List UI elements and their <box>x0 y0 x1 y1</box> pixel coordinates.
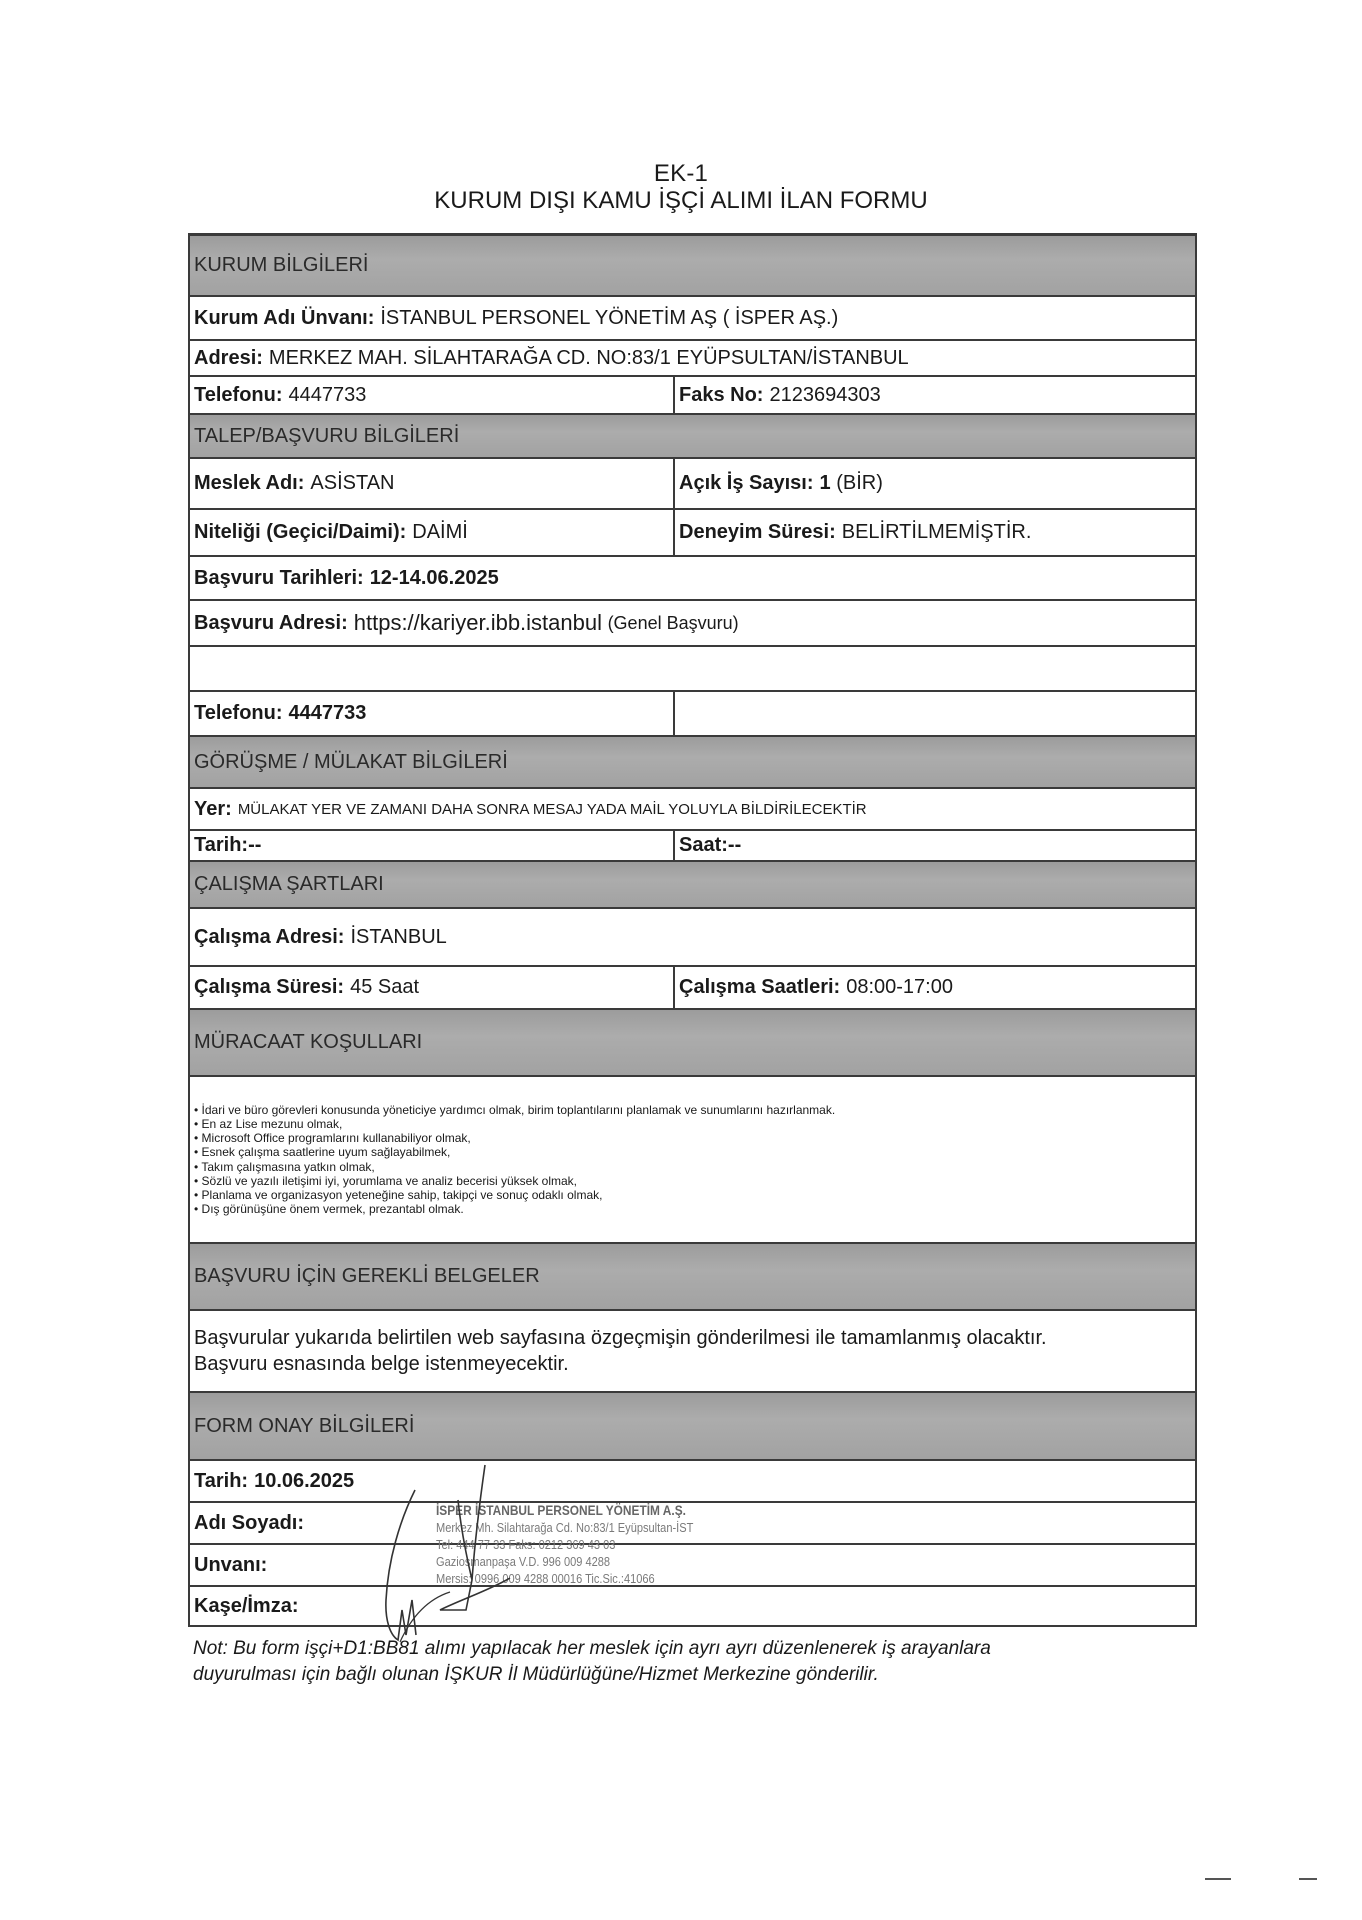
application-url-note: (Genel Başvuru) <box>608 613 739 634</box>
row-institution-contact: Telefonu: 4447733 Faks No: 2123694303 <box>190 377 1195 415</box>
annex-label: EK-1 <box>0 160 1362 188</box>
section-title: GÖRÜŞME / MÜLAKAT BİLGİLERİ <box>190 737 1195 787</box>
application-phone: 4447733 <box>289 702 367 725</box>
interview-time: -- <box>728 834 741 857</box>
work-address: İSTANBUL <box>350 926 446 949</box>
interview-date: -- <box>248 834 261 857</box>
section-interview-info: GÖRÜŞME / MÜLAKAT BİLGİLERİ <box>190 737 1195 789</box>
row-institution-name: Kurum Adı Ünvanı: İSTANBUL PERSONEL YÖNE… <box>190 297 1195 341</box>
work-duration: 45 Saat <box>350 976 419 999</box>
row-interview-datetime: Tarih: -- Saat: -- <box>190 831 1195 862</box>
application-dates: 12-14.06.2025 <box>370 567 499 590</box>
note-line-1: Not: Bu form işçi+D1:BB81 alımı yapılaca… <box>193 1636 1193 1662</box>
institution-phone: 4447733 <box>289 384 367 407</box>
row-work-duration: Çalışma Süresi: 45 Saat Çalışma Saatleri… <box>190 967 1195 1010</box>
application-url-link[interactable]: https://kariyer.ibb.istanbul <box>354 610 602 636</box>
field-label: Çalışma Süresi: <box>194 976 344 999</box>
row-stamp-signature: Kaşe/İmza: <box>190 1587 1195 1625</box>
section-title: TALEP/BAŞVURU BİLGİLERİ <box>190 415 1195 457</box>
note-line-2: duyurulması için bağlı olunan İŞKUR İl M… <box>193 1662 1193 1688</box>
section-institution-info: KURUM BİLGİLERİ <box>190 236 1195 297</box>
requirement-item: İdari ve büro görevleri konusunda yöneti… <box>194 1103 835 1117</box>
field-label: Telefonu: <box>194 384 283 407</box>
row-occupation: Meslek Adı: ASİSTAN Açık İş Sayısı: 1 (B… <box>190 459 1195 510</box>
row-nature: Niteliği (Geçici/Daimi): DAİMİ Deneyim S… <box>190 510 1195 557</box>
scan-artifact-marks <box>1200 1878 1320 1882</box>
section-title: BAŞVURU İÇİN GEREKLİ BELGELER <box>190 1244 1195 1309</box>
row-requirements-list: İdari ve büro görevleri konusunda yöneti… <box>190 1077 1195 1244</box>
requirement-item: Dış görünüşüne önem vermek, prezantabl o… <box>194 1202 464 1216</box>
field-label: Kaşe/İmza: <box>194 1595 299 1618</box>
row-work-address: Çalışma Adresi: İSTANBUL <box>190 909 1195 967</box>
field-label: Adı Soyadı: <box>194 1512 304 1535</box>
row-application-dates: Başvuru Tarihleri: 12-14.06.2025 <box>190 557 1195 601</box>
requirement-item: Esnek çalışma saatlerine uyum sağlayabil… <box>194 1145 450 1159</box>
work-hours: 08:00-17:00 <box>846 976 953 999</box>
row-approval-date: Tarih: 10.06.2025 <box>190 1461 1195 1503</box>
employment-nature: DAİMİ <box>412 521 468 544</box>
field-label: Tarih: <box>194 834 248 857</box>
field-label: Çalışma Adresi: <box>194 926 344 949</box>
row-application-address: Başvuru Adresi: https://kariyer.ibb.ista… <box>190 601 1195 647</box>
row-empty <box>190 647 1195 692</box>
section-title: KURUM BİLGİLERİ <box>190 236 1195 295</box>
footer-note: Not: Bu form işçi+D1:BB81 alımı yapılaca… <box>193 1636 1193 1688</box>
institution-name: İSTANBUL PERSONEL YÖNETİM AŞ ( İSPER AŞ.… <box>380 307 838 330</box>
section-required-documents: BAŞVURU İÇİN GEREKLİ BELGELER <box>190 1244 1195 1311</box>
requirement-item: En az Lise mezunu olmak, <box>194 1117 342 1131</box>
document-title: KURUM DIŞI KAMU İŞÇİ ALIMI İLAN FORMU <box>0 187 1362 215</box>
approval-date: 10.06.2025 <box>254 1470 354 1493</box>
documents-text-line-2: Başvuru esnasında belge istenmeyecektir. <box>194 1351 569 1377</box>
field-label: Saat: <box>679 834 728 857</box>
section-title: MÜRACAAT KOŞULLARI <box>190 1010 1195 1075</box>
field-label: Unvanı: <box>194 1554 267 1577</box>
experience-duration: BELİRTİLMEMİŞTİR. <box>842 521 1032 544</box>
field-label: Başvuru Adresi: <box>194 612 348 635</box>
requirement-item: Sözlü ve yazılı iletişimi iyi, yorumlama… <box>194 1174 577 1188</box>
requirement-item: Takım çalışmasına yatkın olmak, <box>194 1160 375 1174</box>
institution-address: MERKEZ MAH. SİLAHTARAĞA CD. NO:83/1 EYÜP… <box>269 347 909 370</box>
job-announcement-form: KURUM BİLGİLERİ Kurum Adı Ünvanı: İSTANB… <box>188 233 1197 1627</box>
field-label: Meslek Adı: <box>194 472 304 495</box>
row-required-documents-text: Başvurular yukarıda belirtilen web sayfa… <box>190 1311 1195 1393</box>
requirements-list: İdari ve büro görevleri konusunda yöneti… <box>190 1077 1195 1242</box>
section-application-info: TALEP/BAŞVURU BİLGİLERİ <box>190 415 1195 459</box>
row-application-phone: Telefonu: 4447733 <box>190 692 1195 737</box>
section-form-approval: FORM ONAY BİLGİLERİ <box>190 1393 1195 1461</box>
row-approver-name: Adı Soyadı: <box>190 1503 1195 1545</box>
documents-text-line-1: Başvurular yukarıda belirtilen web sayfa… <box>194 1325 1047 1351</box>
field-label: Açık İş Sayısı: <box>679 472 814 495</box>
field-label: Niteliği (Geçici/Daimi): <box>194 521 406 544</box>
empty-cell <box>190 647 1195 690</box>
field-label: Başvuru Tarihleri: <box>194 567 364 590</box>
empty-cell <box>675 692 1195 735</box>
occupation-name: ASİSTAN <box>310 472 394 495</box>
field-label: Faks No: <box>679 384 763 407</box>
row-approver-title: Unvanı: <box>190 1545 1195 1587</box>
requirement-item: Planlama ve organizasyon yeteneğine sahi… <box>194 1188 602 1202</box>
field-label: Kurum Adı Ünvanı: <box>194 307 374 330</box>
open-jobs-count: 1 <box>820 472 831 495</box>
field-label: Çalışma Saatleri: <box>679 976 840 999</box>
section-title: ÇALIŞMA ŞARTLARI <box>190 862 1195 907</box>
interview-place: MÜLAKAT YER VE ZAMANI DAHA SONRA MESAJ Y… <box>238 801 867 818</box>
section-working-conditions: ÇALIŞMA ŞARTLARI <box>190 862 1195 909</box>
field-label: Telefonu: <box>194 702 283 725</box>
row-institution-address: Adresi: MERKEZ MAH. SİLAHTARAĞA CD. NO:8… <box>190 341 1195 377</box>
field-label: Yer: <box>194 798 232 821</box>
institution-fax: 2123694303 <box>769 384 880 407</box>
open-jobs-text: (BİR) <box>836 472 883 495</box>
section-application-requirements: MÜRACAAT KOŞULLARI <box>190 1010 1195 1077</box>
field-label: Tarih: <box>194 1470 248 1493</box>
section-title: FORM ONAY BİLGİLERİ <box>190 1393 1195 1459</box>
requirement-item: Microsoft Office programlarını kullanabi… <box>194 1131 471 1145</box>
field-label: Adresi: <box>194 347 263 370</box>
row-interview-place: Yer: MÜLAKAT YER VE ZAMANI DAHA SONRA ME… <box>190 789 1195 831</box>
field-label: Deneyim Süresi: <box>679 521 836 544</box>
